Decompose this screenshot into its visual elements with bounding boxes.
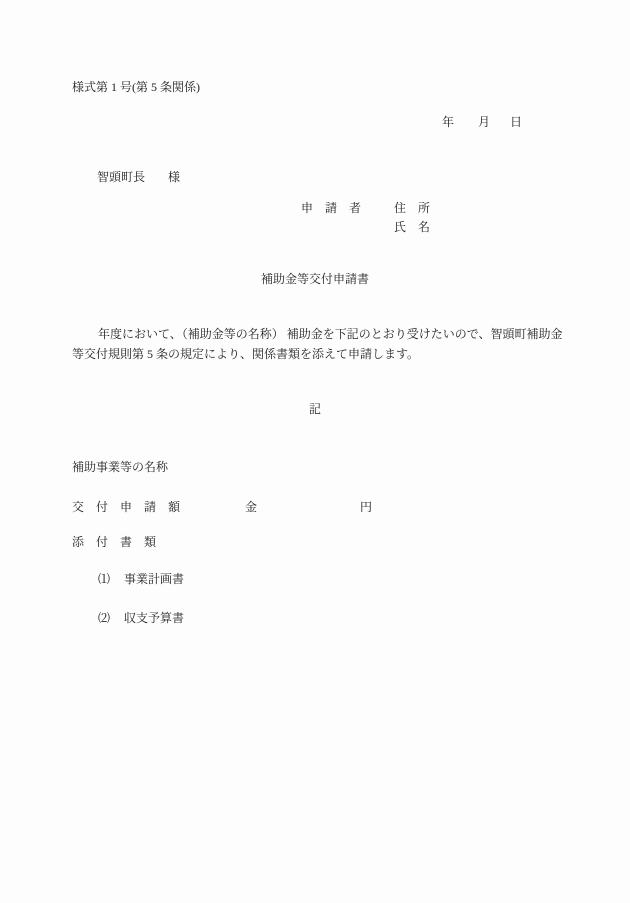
month-label: 月: [478, 115, 490, 130]
amount-currency-prefix: 金: [245, 500, 257, 515]
attachment-label: 収支予算書: [124, 611, 184, 626]
honorific-label: 様: [168, 170, 180, 184]
applicant-name-label: 氏 名: [394, 220, 430, 235]
applicant-address-label: 住 所: [394, 201, 430, 216]
applicant-label: 申 請 者: [301, 201, 361, 216]
form-number: 様式第 1 号(第 5 条関係): [72, 80, 200, 95]
attachment-label: 事業計画書: [124, 572, 184, 587]
amount-label: 交 付 申 請 額: [72, 500, 180, 515]
amount-currency-suffix: 円: [360, 500, 372, 515]
body-line-1: 年度において、（補助金等の名称） 補助金を下記のとおり受けたいので、智頭町補助金: [72, 327, 563, 342]
attachments-label: 添 付 書 類: [72, 535, 156, 550]
year-label: 年: [442, 115, 454, 130]
body-line-2: 等交付規則第 5 条の規定により、関係書類を添えて申請します。: [72, 347, 419, 362]
project-name-label: 補助事業等の名称: [72, 460, 168, 475]
attachment-item: ⑴ 事業計画書: [98, 572, 184, 587]
attachment-item: ⑵ 収支予算書: [98, 611, 184, 626]
document-title: 補助金等交付申請書: [0, 272, 630, 287]
record-marker: 記: [0, 402, 630, 417]
day-label: 日: [510, 115, 522, 130]
attachment-number: ⑴: [98, 572, 110, 587]
document-page: 様式第 1 号(第 5 条関係) 年 月 日 智頭町長様 申 請 者 住 所 氏…: [0, 0, 630, 903]
addressee: 智頭町長様: [85, 155, 180, 200]
attachment-number: ⑵: [98, 611, 110, 626]
recipient-name: 智頭町長: [97, 170, 145, 184]
